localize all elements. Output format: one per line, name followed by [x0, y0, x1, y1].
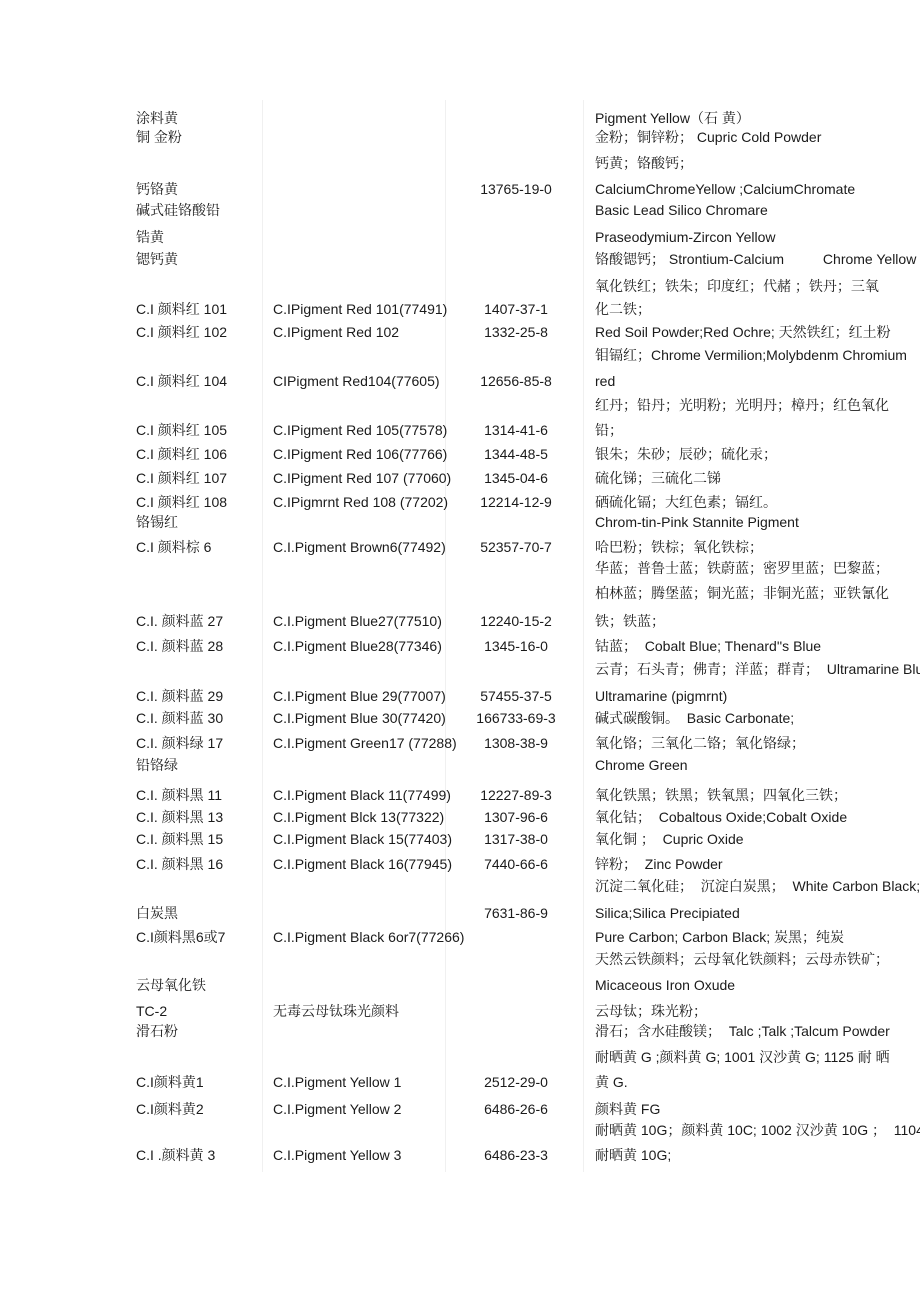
table-row: C.I. 颜料蓝 28C.I.Pigment Blue28(77346)1345…: [0, 638, 920, 656]
cas-number-cell: 52357-70-7: [450, 539, 582, 555]
cn-name-cell: C.I颜料黄2: [136, 1101, 262, 1117]
document-page: 涂料黄Pigment Yellow（石 黄）铜 金粉金粉；铜锌粉； Cupric…: [0, 0, 920, 1303]
synonyms-cell: 钼镉红；Chrome Vermilion;Molybdenm Chromium: [595, 347, 917, 363]
synonyms-cell: 颜料黄 FG: [595, 1101, 917, 1117]
cn-name-cell: C.I 颜料红 107: [136, 470, 262, 486]
table-row: 云母氧化铁Micaceous Iron Oxude: [0, 977, 920, 995]
synonyms-cell: 铁；铁蓝；: [595, 613, 917, 629]
table-row: C.I 颜料红 102C.IPigment Red 1021332-25-8Re…: [0, 324, 920, 342]
cas-number-cell: 1308-38-9: [450, 735, 582, 751]
pigment-name-cell: C.I.Pigment Yellow 2: [273, 1101, 449, 1117]
cn-name-cell: C.I 颜料红 108: [136, 494, 262, 510]
synonyms-cell: red: [595, 373, 917, 389]
cn-name-cell: C.I. 颜料黑 16: [136, 856, 262, 872]
table-row: 涂料黄Pigment Yellow（石 黄）: [0, 110, 920, 128]
cn-name-cell: 铅铬绿: [136, 757, 262, 773]
table-row: 天然云铁颜料；云母氧化铁颜料；云母赤铁矿；: [0, 951, 920, 969]
table-row: TC-2无毒云母钛珠光颜料云母钛；珠光粉；: [0, 1003, 920, 1021]
cas-number-cell: 6486-23-3: [450, 1147, 582, 1163]
table-row: C.I 颜料红 105C.IPigment Red 105(77578)1314…: [0, 422, 920, 440]
synonyms-cell: 天然云铁颜料；云母氧化铁颜料；云母赤铁矿；: [595, 951, 917, 967]
synonyms-cell: 红丹；铅丹；光明粉；光明丹；樟丹；红色氧化: [595, 397, 917, 413]
cn-name-cell: C.I .颜料黄 3: [136, 1147, 262, 1163]
cas-number-cell: 166733-69-3: [450, 710, 582, 726]
synonyms-cell: 银朱；朱砂；辰砂；硫化汞；: [595, 446, 917, 462]
synonyms-cell: 哈巴粉；铁棕；氧化铁棕；: [595, 539, 917, 555]
pigment-name-cell: C.IPigment Red 106(77766): [273, 446, 449, 462]
table-row: C.I. 颜料黑 11C.I.Pigment Black 11(77499)12…: [0, 787, 920, 805]
synonyms-cell: 氧化钴； Cobaltous Oxide;Cobalt Oxide: [595, 809, 917, 825]
table-row: 华蓝；普鲁士蓝；铁蔚蓝；密罗里蓝；巴黎蓝；: [0, 560, 920, 578]
table-row: 铜 金粉金粉；铜锌粉； Cupric Cold Powder: [0, 129, 920, 147]
cas-number-cell: 1345-16-0: [450, 638, 582, 654]
synonyms-cell: 柏林蓝；腾堡蓝；铜光蓝；非铜光蓝；亚铁氰化: [595, 585, 917, 601]
table-row: 铅铬绿Chrome Green: [0, 757, 920, 775]
cn-name-cell: C.I颜料黑6或7: [136, 929, 262, 945]
cn-name-cell: 锶钙黄: [136, 251, 262, 267]
table-row: 铬锡红Chrom-tin-Pink Stannite Pigment: [0, 514, 920, 532]
synonyms-cell: 耐晒黄 10G；颜料黄 10C; 1002 汉沙黄 10G ； 1104: [595, 1122, 917, 1138]
pigment-name-cell: C.IPigment Red 105(77578): [273, 422, 449, 438]
table-row: 钙黄；铬酸钙；: [0, 155, 920, 173]
cas-number-cell: 12227-89-3: [450, 787, 582, 803]
table-row: C.I. 颜料蓝 30C.I.Pigment Blue 30(77420)166…: [0, 710, 920, 728]
cas-number-cell: 1345-04-6: [450, 470, 582, 486]
cn-name-cell: 铬锡红: [136, 514, 262, 530]
synonyms-cell: 黄 G.: [595, 1074, 917, 1090]
cn-name-cell: C.I 颜料红 105: [136, 422, 262, 438]
table-row: C.I颜料黄2C.I.Pigment Yellow 26486-26-6颜料黄 …: [0, 1101, 920, 1119]
synonyms-cell: 钴蓝； Cobalt Blue; Thenard''s Blue: [595, 638, 917, 654]
cn-name-cell: C.I. 颜料蓝 27: [136, 613, 262, 629]
cn-name-cell: C.I 颜料红 101: [136, 301, 262, 317]
cas-number-cell: 1317-38-0: [450, 831, 582, 847]
synonyms-cell: Micaceous Iron Oxude: [595, 977, 917, 993]
table-row: C.I 颜料棕 6C.I.Pigment Brown6(77492)52357-…: [0, 539, 920, 557]
synonyms-cell: 氧化铁红；铁朱；印度红；代赭 ；铁丹；三氧: [595, 278, 917, 294]
pigment-name-cell: C.IPigment Red 107 (77060): [273, 470, 449, 486]
table-row: C.I. 颜料蓝 29C.I.Pigment Blue 29(77007)574…: [0, 688, 920, 706]
cn-name-cell: 锆黄: [136, 229, 262, 245]
table-row: C.I 颜料红 106C.IPigment Red 106(77766)1344…: [0, 446, 920, 464]
cn-name-cell: C.I. 颜料蓝 28: [136, 638, 262, 654]
pigment-name-cell: C.I.Pigment Black 15(77403): [273, 831, 449, 847]
synonyms-cell: 耐晒黄 G ;颜料黄 G; 1001 汉沙黄 G; 1125 耐 晒: [595, 1049, 917, 1065]
table-row: C.I. 颜料黑 15C.I.Pigment Black 15(77403)13…: [0, 831, 920, 849]
cas-number-cell: 7440-66-6: [450, 856, 582, 872]
cn-name-cell: C.I. 颜料蓝 29: [136, 688, 262, 704]
table-row: C.I. 颜料黑 13C.I.Pigment Blck 13(77322)130…: [0, 809, 920, 827]
table-row: 钙铬黄13765-19-0CalciumChromeYellow ;Calciu…: [0, 181, 920, 199]
synonyms-cell: 硒硫化镉；大红色素；镉红。: [595, 494, 917, 510]
pigment-name-cell: C.IPigment Red 102: [273, 324, 449, 340]
synonyms-cell: 氧化铁黑；铁黑；铁氧黑；四氧化三铁；: [595, 787, 917, 803]
synonyms-cell: 沉淀二氧化硅； 沉淀白炭黑； White Carbon Black;: [595, 878, 917, 894]
synonyms-cell: Silica;Silica Precipiated: [595, 905, 917, 921]
pigment-name-cell: C.I.Pigment Black 16(77945): [273, 856, 449, 872]
cas-number-cell: 1307-96-6: [450, 809, 582, 825]
synonyms-cell: Chrome Green: [595, 757, 917, 773]
table-row: C.I 颜料红 101C.IPigment Red 101(77491)1407…: [0, 301, 920, 319]
pigment-name-cell: C.I.Pigment Black 11(77499): [273, 787, 449, 803]
table-row: 碱式硅铬酸铅Basic Lead Silico Chromare: [0, 202, 920, 220]
synonyms-cell: Pigment Yellow（石 黄）: [595, 110, 917, 126]
table-row: C.I 颜料红 108C.IPigmrnt Red 108 (77202)122…: [0, 494, 920, 512]
cn-name-cell: 滑石粉: [136, 1023, 262, 1039]
cn-name-cell: 铜 金粉: [136, 129, 262, 145]
cas-number-cell: 6486-26-6: [450, 1101, 582, 1117]
cas-number-cell: 57455-37-5: [450, 688, 582, 704]
cas-number-cell: 1332-25-8: [450, 324, 582, 340]
table-row: 红丹；铅丹；光明粉；光明丹；樟丹；红色氧化: [0, 397, 920, 415]
table-row: C.I .颜料黄 3C.I.Pigment Yellow 36486-23-3耐…: [0, 1147, 920, 1165]
cn-name-cell: C.I. 颜料蓝 30: [136, 710, 262, 726]
pigment-name-cell: C.IPigment Red 101(77491): [273, 301, 449, 317]
cas-number-cell: 12214-12-9: [450, 494, 582, 510]
synonyms-cell: 钙黄；铬酸钙；: [595, 155, 917, 171]
table-row: 耐晒黄 10G；颜料黄 10C; 1002 汉沙黄 10G ； 1104: [0, 1122, 920, 1140]
pigment-name-cell: C.I.Pigment Brown6(77492): [273, 539, 449, 555]
cn-name-cell: TC-2: [136, 1003, 262, 1019]
cn-name-cell: C.I. 颜料黑 13: [136, 809, 262, 825]
table-row: C.I 颜料红 107C.IPigment Red 107 (77060)134…: [0, 470, 920, 488]
pigment-name-cell: C.I.Pigment Blue 29(77007): [273, 688, 449, 704]
cn-name-cell: 钙铬黄: [136, 181, 262, 197]
table-row: 柏林蓝；腾堡蓝；铜光蓝；非铜光蓝；亚铁氰化: [0, 585, 920, 603]
synonyms-cell: 云青；石头青；佛青；洋蓝；群青； Ultramarine Blue;: [595, 661, 917, 677]
synonyms-cell: Basic Lead Silico Chromare: [595, 202, 917, 218]
cas-number-cell: 2512-29-0: [450, 1074, 582, 1090]
synonyms-cell: Ultramarine (pigmrnt): [595, 688, 917, 704]
cas-number-cell: 12656-85-8: [450, 373, 582, 389]
cn-name-cell: C.I. 颜料绿 17: [136, 735, 262, 751]
cn-name-cell: C.I 颜料棕 6: [136, 539, 262, 555]
cn-name-cell: C.I 颜料红 106: [136, 446, 262, 462]
synonyms-cell: 耐晒黄 10G;: [595, 1147, 917, 1163]
synonyms-cell: 硫化锑；三硫化二锑: [595, 470, 917, 486]
synonyms-cell: 铬酸锶钙； Strontium-Calcium Chrome Yellow: [595, 251, 917, 267]
cas-number-cell: 1407-37-1: [450, 301, 582, 317]
synonyms-cell: CalciumChromeYellow ;CalciumChromate: [595, 181, 917, 197]
cas-number-cell: 7631-86-9: [450, 905, 582, 921]
table-row: C.I. 颜料黑 16C.I.Pigment Black 16(77945)74…: [0, 856, 920, 874]
table-row: C.I 颜料红 104CIPigment Red104(77605)12656-…: [0, 373, 920, 391]
cas-number-cell: 13765-19-0: [450, 181, 582, 197]
cn-name-cell: C.I. 颜料黑 11: [136, 787, 262, 803]
synonyms-cell: 锌粉； Zinc Powder: [595, 856, 917, 872]
cn-name-cell: C.I 颜料红 104: [136, 373, 262, 389]
synonyms-cell: 氧化铜 ； Cupric Oxide: [595, 831, 917, 847]
pigment-name-cell: C.I.Pigment Black 6or7(77266): [273, 929, 449, 945]
synonyms-cell: Chrom-tin-Pink Stannite Pigment: [595, 514, 917, 530]
table-row: 滑石粉滑石；含水硅酸镁； Talc ;Talk ;Talcum Powder: [0, 1023, 920, 1041]
table-row: 云青；石头青；佛青；洋蓝；群青； Ultramarine Blue;: [0, 661, 920, 679]
synonyms-cell: 氧化铬；三氧化二铬；氧化铬绿；: [595, 735, 917, 751]
table-row: 锆黄Praseodymium-Zircon Yellow: [0, 229, 920, 247]
pigment-name-cell: C.I.Pigment Yellow 1: [273, 1074, 449, 1090]
pigment-name-cell: 无毒云母钛珠光颜料: [273, 1003, 449, 1019]
pigment-name-cell: C.I.Pigment Blue27(77510): [273, 613, 449, 629]
synonyms-cell: 滑石；含水硅酸镁； Talc ;Talk ;Talcum Powder: [595, 1023, 917, 1039]
table-row: C.I. 颜料绿 17C.I.Pigment Green17 (77288)13…: [0, 735, 920, 753]
synonyms-cell: 云母钛；珠光粉；: [595, 1003, 917, 1019]
synonyms-cell: 碱式碳酸铜。 Basic Carbonate;: [595, 710, 917, 726]
table-row: C.I颜料黑6或7C.I.Pigment Black 6or7(77266)Pu…: [0, 929, 920, 947]
synonyms-cell: Red Soil Powder;Red Ochre; 天然铁红；红土粉: [595, 324, 917, 340]
synonyms-cell: Pure Carbon; Carbon Black; 炭黑；纯炭: [595, 929, 917, 945]
synonyms-cell: 金粉；铜锌粉； Cupric Cold Powder: [595, 129, 917, 145]
pigment-name-cell: C.I.Pigment Blck 13(77322): [273, 809, 449, 825]
cn-name-cell: 白炭黑: [136, 905, 262, 921]
pigment-name-cell: CIPigment Red104(77605): [273, 373, 449, 389]
table-row: C.I. 颜料蓝 27C.I.Pigment Blue27(77510)1224…: [0, 613, 920, 631]
pigment-name-cell: C.IPigmrnt Red 108 (77202): [273, 494, 449, 510]
cn-name-cell: C.I. 颜料黑 15: [136, 831, 262, 847]
table-row: 白炭黑7631-86-9Silica;Silica Precipiated: [0, 905, 920, 923]
table-row: 耐晒黄 G ;颜料黄 G; 1001 汉沙黄 G; 1125 耐 晒: [0, 1049, 920, 1067]
table-row: 沉淀二氧化硅； 沉淀白炭黑； White Carbon Black;: [0, 878, 920, 896]
pigment-name-cell: C.I.Pigment Yellow 3: [273, 1147, 449, 1163]
pigment-name-cell: C.I.Pigment Green17 (77288): [273, 735, 449, 751]
synonyms-cell: 化二铁；: [595, 301, 917, 317]
pigment-name-cell: C.I.Pigment Blue28(77346): [273, 638, 449, 654]
cn-name-cell: 碱式硅铬酸铅: [136, 202, 262, 218]
table-row: 钼镉红；Chrome Vermilion;Molybdenm Chromium: [0, 347, 920, 365]
cas-number-cell: 12240-15-2: [450, 613, 582, 629]
cn-name-cell: 涂料黄: [136, 110, 262, 126]
table-row: 氧化铁红；铁朱；印度红；代赭 ；铁丹；三氧: [0, 278, 920, 296]
synonyms-cell: 华蓝；普鲁士蓝；铁蔚蓝；密罗里蓝；巴黎蓝；: [595, 560, 917, 576]
table-row: 锶钙黄铬酸锶钙； Strontium-Calcium Chrome Yellow: [0, 251, 920, 269]
table-row: C.I颜料黄1C.I.Pigment Yellow 12512-29-0黄 G.: [0, 1074, 920, 1092]
synonyms-cell: Praseodymium-Zircon Yellow: [595, 229, 917, 245]
synonyms-cell: 铅；: [595, 422, 917, 438]
cas-number-cell: 1314-41-6: [450, 422, 582, 438]
cn-name-cell: C.I 颜料红 102: [136, 324, 262, 340]
cn-name-cell: C.I颜料黄1: [136, 1074, 262, 1090]
cas-number-cell: 1344-48-5: [450, 446, 582, 462]
cn-name-cell: 云母氧化铁: [136, 977, 262, 993]
pigment-name-cell: C.I.Pigment Blue 30(77420): [273, 710, 449, 726]
